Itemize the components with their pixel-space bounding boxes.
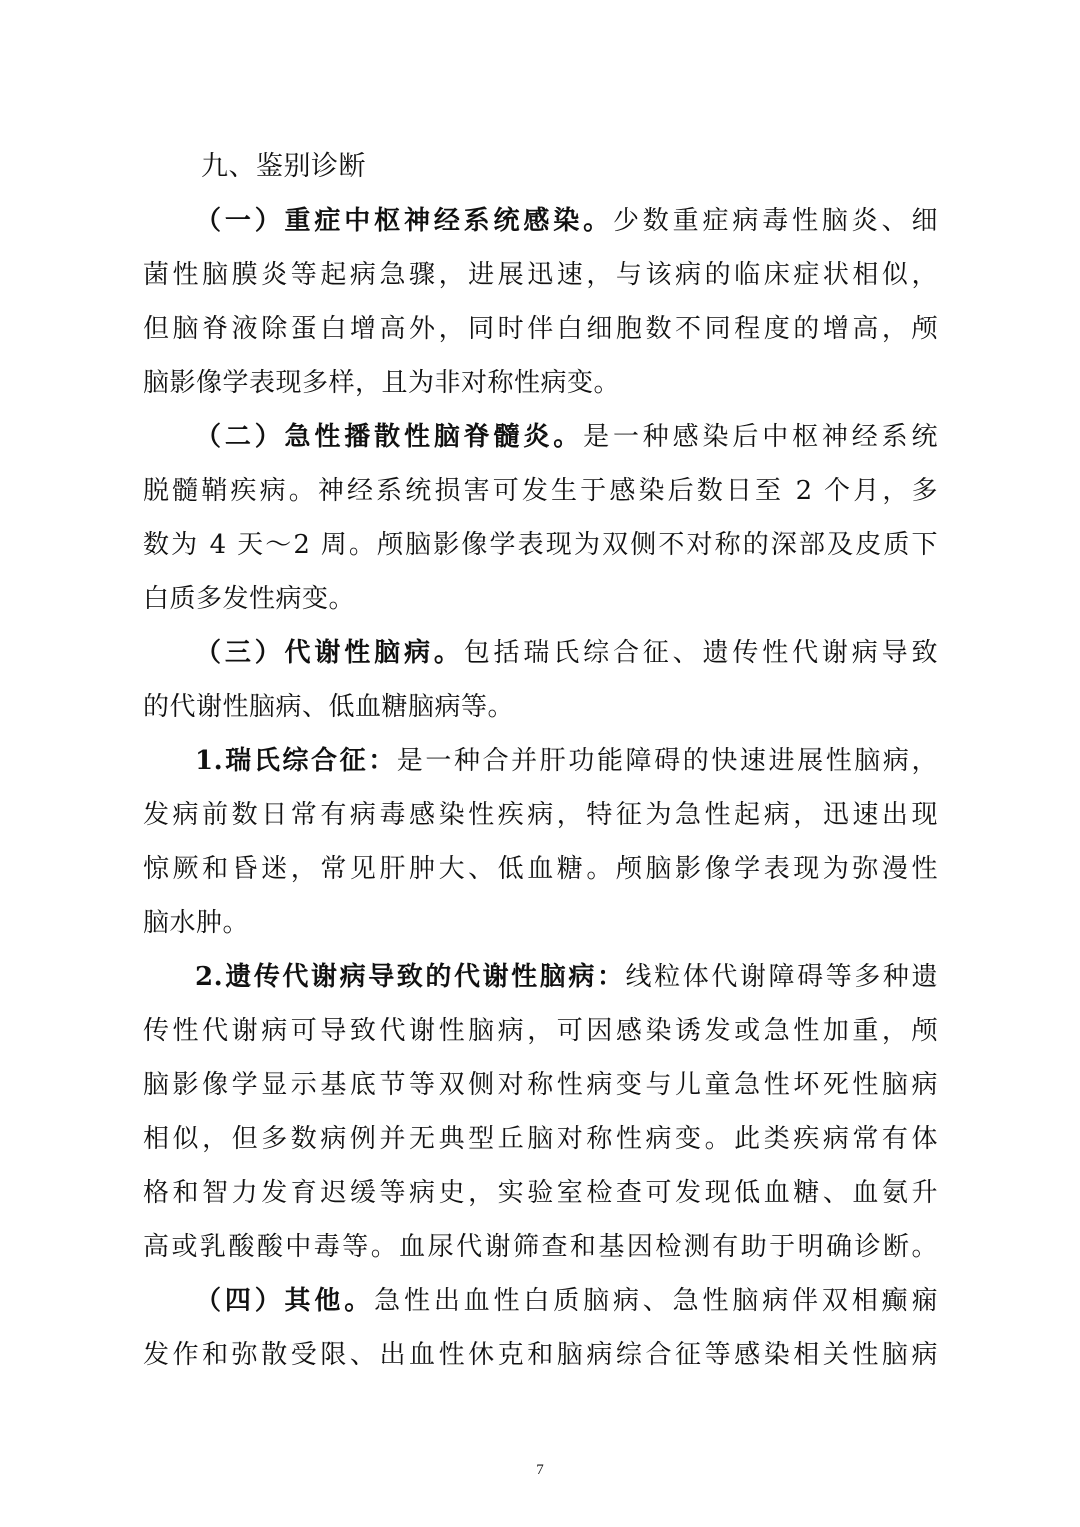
paragraph-line: （二）急性播散性脑脊髓炎。是一种感染后中枢神经系统 bbox=[143, 410, 938, 464]
paragraph-line: 白质多发性病变。 bbox=[143, 572, 938, 626]
paragraph-line: （一）重症中枢神经系统感染。少数重症病毒性脑炎、细 bbox=[143, 194, 938, 248]
paragraph-line: 但脑脊液除蛋白增高外，同时伴白细胞数不同程度的增高，颅 bbox=[143, 302, 938, 356]
paragraph-title: （二）急性播散性脑脊髓炎。 bbox=[195, 422, 583, 452]
document-page: 九、鉴别诊断 （一）重症中枢神经系统感染。少数重症病毒性脑炎、细 菌性脑膜炎等起… bbox=[143, 140, 938, 1382]
paragraph-line: 脑影像学显示基底节等双侧对称性病变与儿童急性坏死性脑病 bbox=[143, 1058, 938, 1112]
paragraph-line: 相似，但多数病例并无典型丘脑对称性病变。此类疾病常有体 bbox=[143, 1112, 938, 1166]
paragraph-reye-syndrome: 1.瑞氏综合征：是一种合并肝功能障碍的快速进展性脑病， 发病前数日常有病毒感染性… bbox=[143, 734, 938, 950]
paragraph-line: 脑水肿。 bbox=[143, 896, 938, 950]
paragraph-line: 高或乳酸酸中毒等。血尿代谢筛查和基因检测有助于明确诊断。 bbox=[143, 1220, 938, 1274]
paragraph-line: 的代谢性脑病、低血糖脑病等。 bbox=[143, 680, 938, 734]
paragraph-line: 传性代谢病可导致代谢性脑病，可因感染诱发或急性加重，颅 bbox=[143, 1004, 938, 1058]
page-number: 7 bbox=[0, 1462, 1080, 1479]
paragraph-title: （四）其他。 bbox=[195, 1286, 374, 1316]
paragraph-title: （一）重症中枢神经系统感染。 bbox=[195, 206, 613, 236]
paragraph-line: 2.遗传代谢病导致的代谢性脑病：线粒体代谢障碍等多种遗 bbox=[143, 950, 938, 1004]
paragraph-line: 发病前数日常有病毒感染性疾病，特征为急性起病，迅速出现 bbox=[143, 788, 938, 842]
paragraph-line: 惊厥和昏迷，常见肝肿大、低血糖。颅脑影像学表现为弥漫性 bbox=[143, 842, 938, 896]
paragraph-title: 1.瑞氏综合征： bbox=[195, 746, 397, 776]
paragraph-line: 数为 4 天～2 周。颅脑影像学表现为双侧不对称的深部及皮质下 bbox=[143, 518, 938, 572]
paragraph-line: 格和智力发育迟缓等病史，实验室检查可发现低血糖、血氨升 bbox=[143, 1166, 938, 1220]
paragraph-line: 脱髓鞘疾病。神经系统损害可发生于感染后数日至 2 个月，多 bbox=[143, 464, 938, 518]
section-heading: 九、鉴别诊断 bbox=[143, 140, 938, 194]
paragraph-line: 菌性脑膜炎等起病急骤，进展迅速，与该病的临床症状相似， bbox=[143, 248, 938, 302]
paragraph-title: 2.遗传代谢病导致的代谢性脑病： bbox=[195, 962, 626, 992]
paragraph-others: （四）其他。急性出血性白质脑病、急性脑病伴双相癫痫 发作和弥散受限、出血性休克和… bbox=[143, 1274, 938, 1382]
paragraph-title: （三）代谢性脑病。 bbox=[195, 638, 464, 668]
paragraph-adem: （二）急性播散性脑脊髓炎。是一种感染后中枢神经系统 脱髓鞘疾病。神经系统损害可发… bbox=[143, 410, 938, 626]
paragraph-line: 1.瑞氏综合征：是一种合并肝功能障碍的快速进展性脑病， bbox=[143, 734, 938, 788]
paragraph-line: 发作和弥散受限、出血性休克和脑病综合征等感染相关性脑病 bbox=[143, 1328, 938, 1382]
paragraph-line: （四）其他。急性出血性白质脑病、急性脑病伴双相癫痫 bbox=[143, 1274, 938, 1328]
paragraph-metabolic-encephalopathy: （三）代谢性脑病。包括瑞氏综合征、遗传性代谢病导致 的代谢性脑病、低血糖脑病等。 bbox=[143, 626, 938, 734]
paragraph-line: （三）代谢性脑病。包括瑞氏综合征、遗传性代谢病导致 bbox=[143, 626, 938, 680]
paragraph-line: 脑影像学表现多样，且为非对称性病变。 bbox=[143, 356, 938, 410]
paragraph-inherited-metabolic: 2.遗传代谢病导致的代谢性脑病：线粒体代谢障碍等多种遗 传性代谢病可导致代谢性脑… bbox=[143, 950, 938, 1274]
paragraph-severe-cns-infection: （一）重症中枢神经系统感染。少数重症病毒性脑炎、细 菌性脑膜炎等起病急骤，进展迅… bbox=[143, 194, 938, 410]
